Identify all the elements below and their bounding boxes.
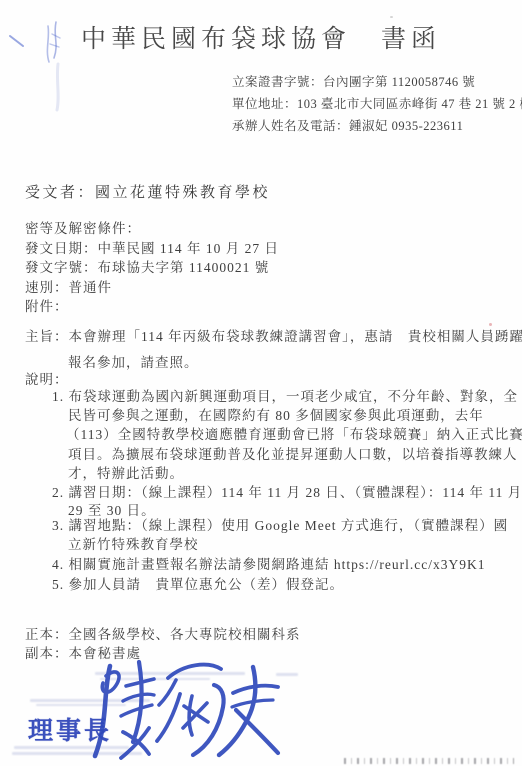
explanation-line: 3. 講習地點：（線上課程）使用 Google Meet 方式進行，（實體課程）… [52, 514, 508, 534]
subject-line-1: 主旨：本會辦理「114 年丙級布袋球教練證講習會」，惠請 貴校相關人員踴躍 [25, 325, 522, 345]
chairman-signature [82, 652, 292, 766]
priority: 速別：普通件 [25, 276, 112, 296]
explanation-line: （113）全國特教學校適應體育運動會已將「布袋球競賽」納入正式比賽 [66, 423, 522, 443]
document-title: 中華民國布袋球協會 書函 [0, 19, 522, 55]
subject-line-2: 報名參加，請查照。 [68, 351, 199, 371]
registration-number: 立案證書字號：台內團字第 1120058746 號 [232, 72, 475, 90]
explanation-line: 1. 布袋球運動為國內新興運動項目，一項老少咸宜，不分年齡、對象，全 [52, 385, 518, 405]
explanation-line: 2. 講習日期：（線上課程）114 年 11 月 28 日、（實體課程）：114… [52, 481, 522, 501]
recipient-line: 受文者：國立花蓮特殊教育學校 [25, 181, 270, 202]
scanned-letter-page: 中華民國布袋球協會 書函 立案證書字號：台內團字第 1120058746 號 單… [0, 0, 522, 766]
explanation-line: 立新竹特殊教育學校 [68, 533, 199, 553]
scan-speck [390, 16, 393, 18]
explanation-line: 才，特辦此活動。 [68, 462, 184, 482]
original-copy-line: 正本：全國各級學校、各大專院校相關科系 [25, 623, 301, 643]
scan-speck [489, 323, 492, 326]
contact-person: 承辦人姓名及電話：鍾淑妃 0935-223611 [232, 116, 463, 134]
explanation-line: 4. 相關實施計畫暨報名辦法請參閱網路連結 https://reurl.cc/x… [52, 553, 485, 573]
document-number: 發文字號：布球協夫字第 11400021 號 [25, 256, 269, 276]
issue-date: 發文日期：中華民國 114 年 10 月 27 日 [25, 237, 279, 257]
explanation-line: 5. 參加人員請 貴單位惠允公（差）假登記。 [52, 573, 344, 593]
clipped-footer-text [344, 758, 514, 764]
explanation-line: 項目。為擴展布袋球運動普及化並提昇運動人口數，以培養指導教練人 [68, 443, 518, 463]
security-level: 密等及解密條件： [25, 217, 141, 237]
explanation-line: 民皆可參與之運動，在國際約有 80 多個國家參與此項運動，去年 [68, 404, 484, 424]
unit-address: 單位地址：103 臺北市大同區赤峰街 47 巷 21 號 2 樓 [232, 94, 522, 112]
attachment: 附件： [25, 295, 69, 315]
